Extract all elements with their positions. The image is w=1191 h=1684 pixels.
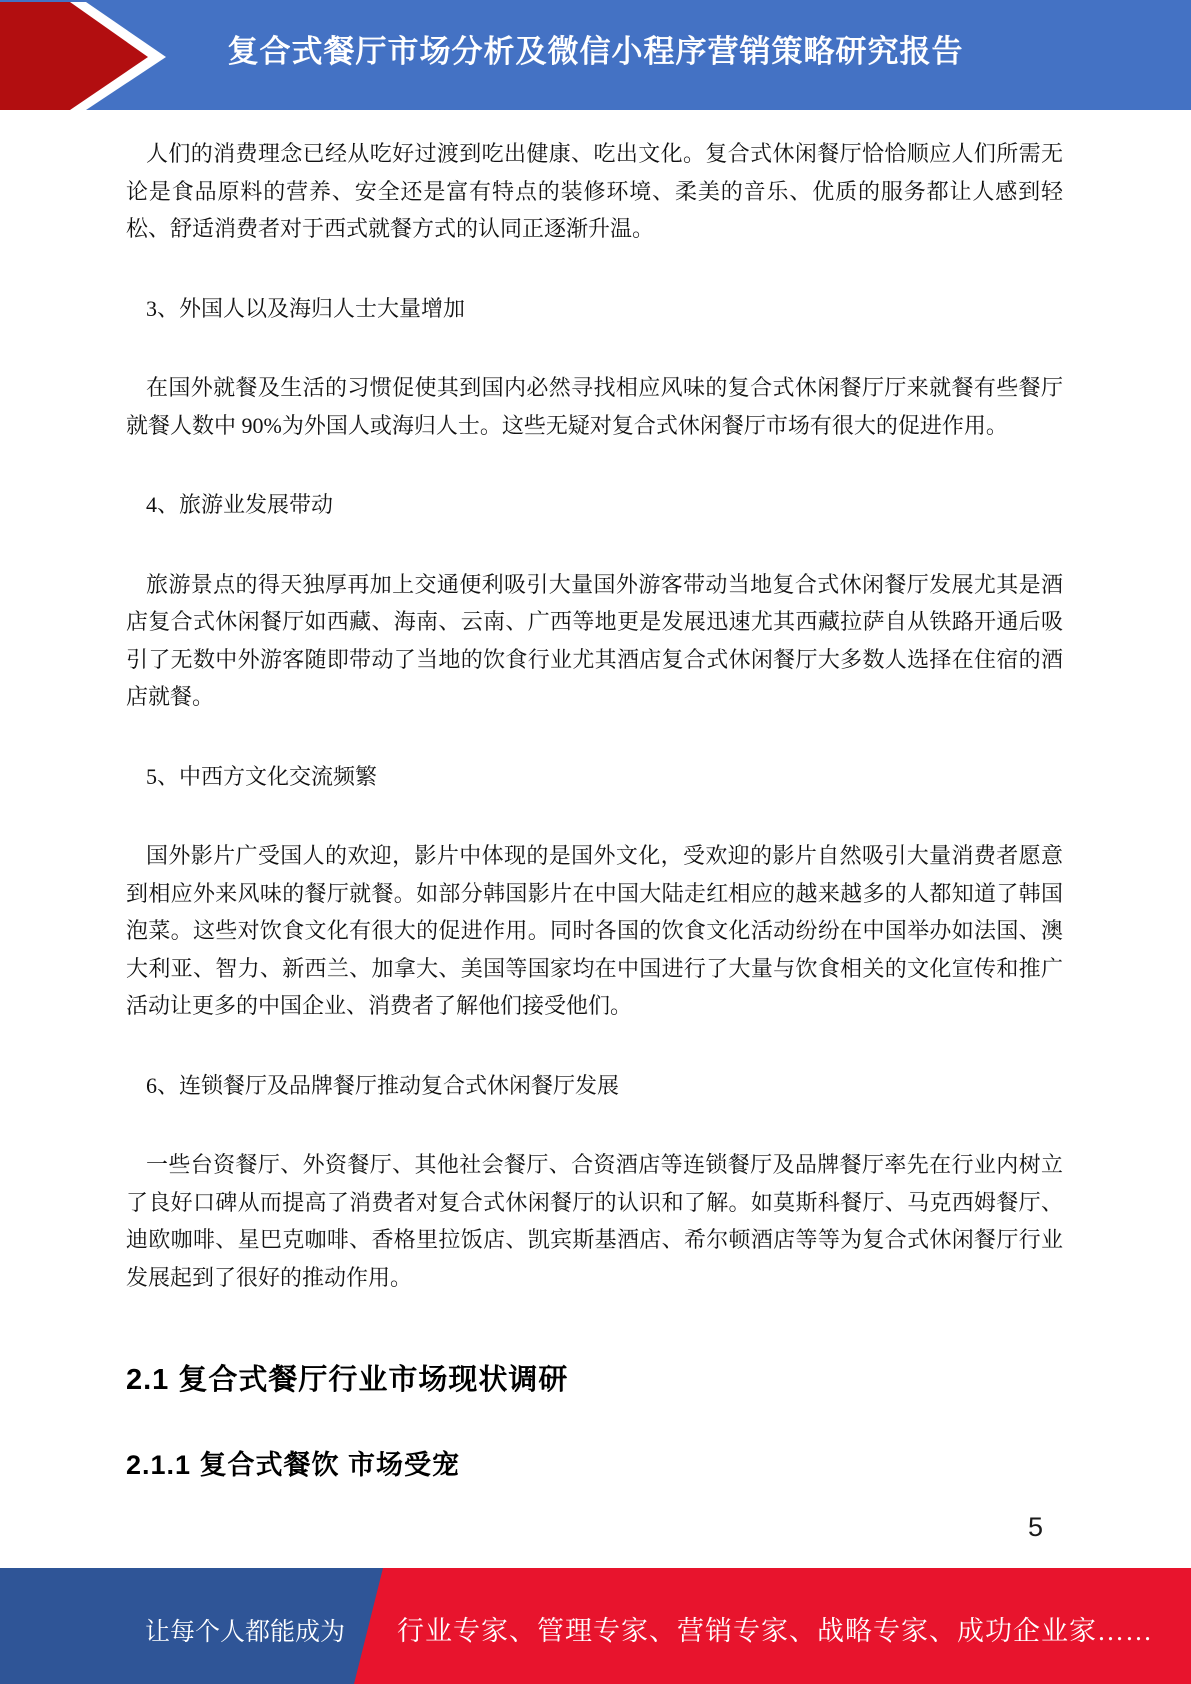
body-content: 人们的消费理念已经从吃好过渡到吃出健康、吃出文化。复合式休闲餐厅恰恰顺应人们所需… <box>126 135 1063 1484</box>
paragraph: 一些台资餐厅、外资餐厅、其他社会餐厅、合资酒店等连锁餐厅及品牌餐厅率先在行业内树… <box>126 1146 1063 1296</box>
footer-slogan-left: 让每个人都能成为 <box>145 1612 345 1648</box>
document-page: 复合式餐厅市场分析及微信小程序营销策略研究报告 人们的消费理念已经从吃好过渡到吃… <box>0 0 1191 1684</box>
paragraph: 旅游景点的得天独厚再加上交通便利吸引大量国外游客带动当地复合式休闲餐厅发展尤其是… <box>126 566 1063 716</box>
list-item-heading: 5、中西方文化交流频繁 <box>126 758 1063 796</box>
report-title: 复合式餐厅市场分析及微信小程序营销策略研究报告 <box>0 26 1191 71</box>
section-heading-2-1-1: 2.1.1 复合式餐饮 市场受宠 <box>126 1446 1063 1484</box>
list-item-heading: 3、外国人以及海归人士大量增加 <box>126 290 1063 328</box>
section-heading-2-1: 2.1 复合式餐厅行业市场现状调研 <box>126 1360 1063 1400</box>
list-item-heading: 6、连锁餐厅及品牌餐厅推动复合式休闲餐厅发展 <box>126 1067 1063 1105</box>
page-number: 5 <box>1028 1512 1043 1543</box>
paragraph: 人们的消费理念已经从吃好过渡到吃出健康、吃出文化。复合式休闲餐厅恰恰顺应人们所需… <box>126 135 1063 248</box>
paragraph: 在国外就餐及生活的习惯促使其到国内必然寻找相应风味的复合式休闲餐厅厅来就餐有些餐… <box>126 369 1063 444</box>
list-item-heading: 4、旅游业发展带动 <box>126 486 1063 524</box>
paragraph: 国外影片广受国人的欢迎，影片中体现的是国外文化，受欢迎的影片自然吸引大量消费者愿… <box>126 837 1063 1025</box>
footer-slogan-right: 行业专家、管理专家、营销专家、战略专家、成功企业家…… <box>397 1609 1153 1648</box>
